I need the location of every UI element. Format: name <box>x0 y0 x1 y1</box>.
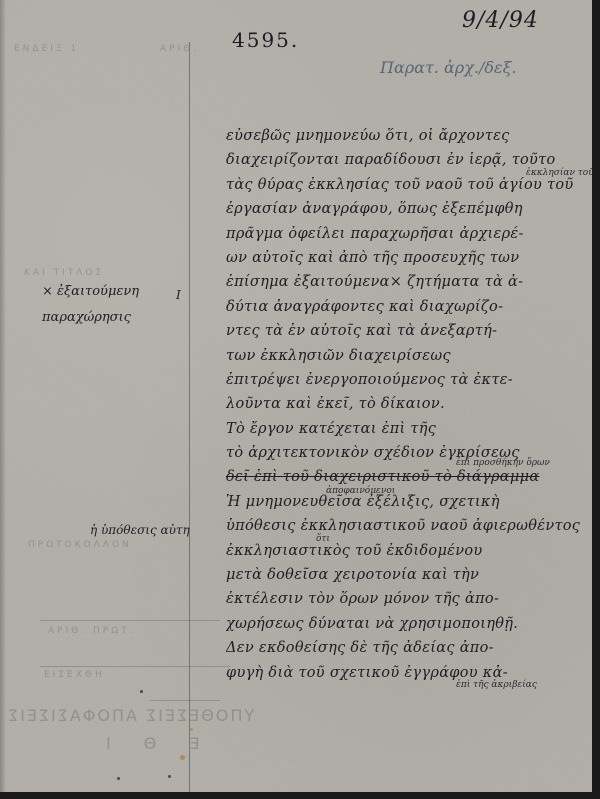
faded-form-rule-1 <box>40 620 220 621</box>
faded-form-label-mid: ΚΑΙ ΤΙΤΛΟΣ <box>24 268 104 278</box>
body-line-15: δεῖ ἐπὶ τοῦ διαχειριστικοῦ τὸ διάγραμμα <box>226 469 586 493</box>
body-line-16: Ἡ μνημονευθεῖσα ἐξέλιξις, σχετικὴ <box>226 494 586 518</box>
faded-form-rule-2 <box>40 666 230 667</box>
faded-form-label-top-right: ΑΡΙΘ. <box>160 44 199 54</box>
interlinear-insertion-5: ἐπὶ τῆς ἀκριβείας <box>456 680 537 690</box>
body-line-8: δύτια ἀναγράφοντες καὶ διαχωρίζο- <box>226 299 586 323</box>
paper-stain <box>180 755 185 760</box>
body-line-6: ων αὐτοῖς καὶ ἀπὸ τῆς προσευχῆς των <box>226 250 586 274</box>
body-line-22: Δεν εκδοθείσης δὲ τῆς ἀδείας ἀπο- <box>226 640 586 664</box>
body-line-4: ἐργασίαν ἀναγράφου, ὅπως ἐξεπέμφθη <box>226 201 586 225</box>
margin-divider-line <box>189 42 190 792</box>
scan-edge-shadow <box>0 0 6 792</box>
faded-form-label-top-left: ΕΝΔΕΙΞ 1 <box>14 44 79 54</box>
body-line-12: λοῦντα καὶ ἐκεῖ, τὸ δίκαιον. <box>226 396 586 420</box>
body-line-9: ντες τὰ ἐν αὐτοῖς καὶ τὰ ἀνεξαρτή- <box>226 323 586 347</box>
paper-speck <box>168 775 171 778</box>
paper-stain <box>190 728 193 731</box>
margin-note-2: ἡ ὑπόθεσις αὐτη <box>90 518 190 542</box>
pencil-reference-note: Παρατ. ἀρχ./δεξ. <box>380 58 517 77</box>
faded-mirrored-subheading: Ε Θ Ι <box>92 734 200 753</box>
body-line-18: ἐκκλησιαστικὸς τοῦ ἐκδιδομένου <box>226 543 586 567</box>
body-line-17: ὑπόθεσις ἐκκλησιαστικοῦ ναοῦ ἀφιερωθέντο… <box>226 518 586 542</box>
body-line-5: πρᾶγμα ὀφείλει παραχωρῆσαι ἀρχιερέ- <box>226 226 586 250</box>
manuscript-page: ΕΝΔΕΙΞ 1 ΑΡΙΘ. ΚΑΙ ΤΙΤΛΟΣ ΠΡΩΤΟΚΟΛΛΟΝ ΑΡ… <box>0 0 592 792</box>
interlinear-insertion-3: ἀποφαινόμενοι <box>326 486 395 496</box>
body-line-7: ἐπίσημα ἐξαιτούμενα× ζητήματα τὰ ἀ- <box>226 274 586 298</box>
interlinear-insertion-2: ἐπὶ προσθήκην ὅρων <box>456 458 550 468</box>
margin-mark: Ι <box>176 288 181 302</box>
interlinear-insertion-4: ὅτι <box>316 534 330 544</box>
paper-speck <box>117 777 120 780</box>
margin-note-line-2: παραχώρησις <box>42 306 131 330</box>
faded-mirrored-heading: ΥΠΟΘΕΣΕΙΣ ΑΠΟΦΑΣΙΣΕΙΣ <box>6 706 254 725</box>
body-line-10: των ἐκκλησιῶν διαχειρίσεως <box>226 348 586 372</box>
margin-note-line-1: × ἐξαιτούμενη <box>42 280 139 304</box>
body-line-11: ἐπιτρέψει ἐνεργοποιούμενος τὰ ἐκτε- <box>226 372 586 396</box>
body-line-13: Τὸ ἔργον κατέχεται ἐπὶ τῆς <box>226 421 586 445</box>
interlinear-insertion-1: ἐκκλησίαν τοῦ <box>526 168 592 178</box>
body-line-21: χωρήσεως δύναται νὰ χρησιμοποιηθῇ. <box>226 616 586 640</box>
paper-speck <box>140 690 143 693</box>
faded-form-rule-3 <box>150 700 220 701</box>
body-line-1: εὐσεβῶς μνημονεύω ὅτι, οἱ ἄρχοντες <box>226 128 586 152</box>
faded-form-label-protocol-number: ΑΡΙΘ. ΠΡΩΤ. <box>48 626 135 636</box>
body-line-20: ἐκτέλεσιν τὸν ὅρων μόνον τῆς ἀπο- <box>226 591 586 615</box>
body-line-19: μετὰ δοθεῖσα χειροτονία καὶ τὴν <box>226 567 586 591</box>
faded-form-label-entered: ΕΙΣΕΧΘΗ <box>44 670 105 680</box>
document-date: 9/4/94 <box>462 8 539 33</box>
manuscript-body: εὐσεβῶς μνημονεύω ὅτι, οἱ ἄρχοντες διαχε… <box>226 128 586 689</box>
document-number: 4595. <box>232 28 299 52</box>
body-line-3: τὰς θύρας ἐκκλησίας τοῦ ναοῦ τοῦ ἁγίου τ… <box>226 177 586 201</box>
